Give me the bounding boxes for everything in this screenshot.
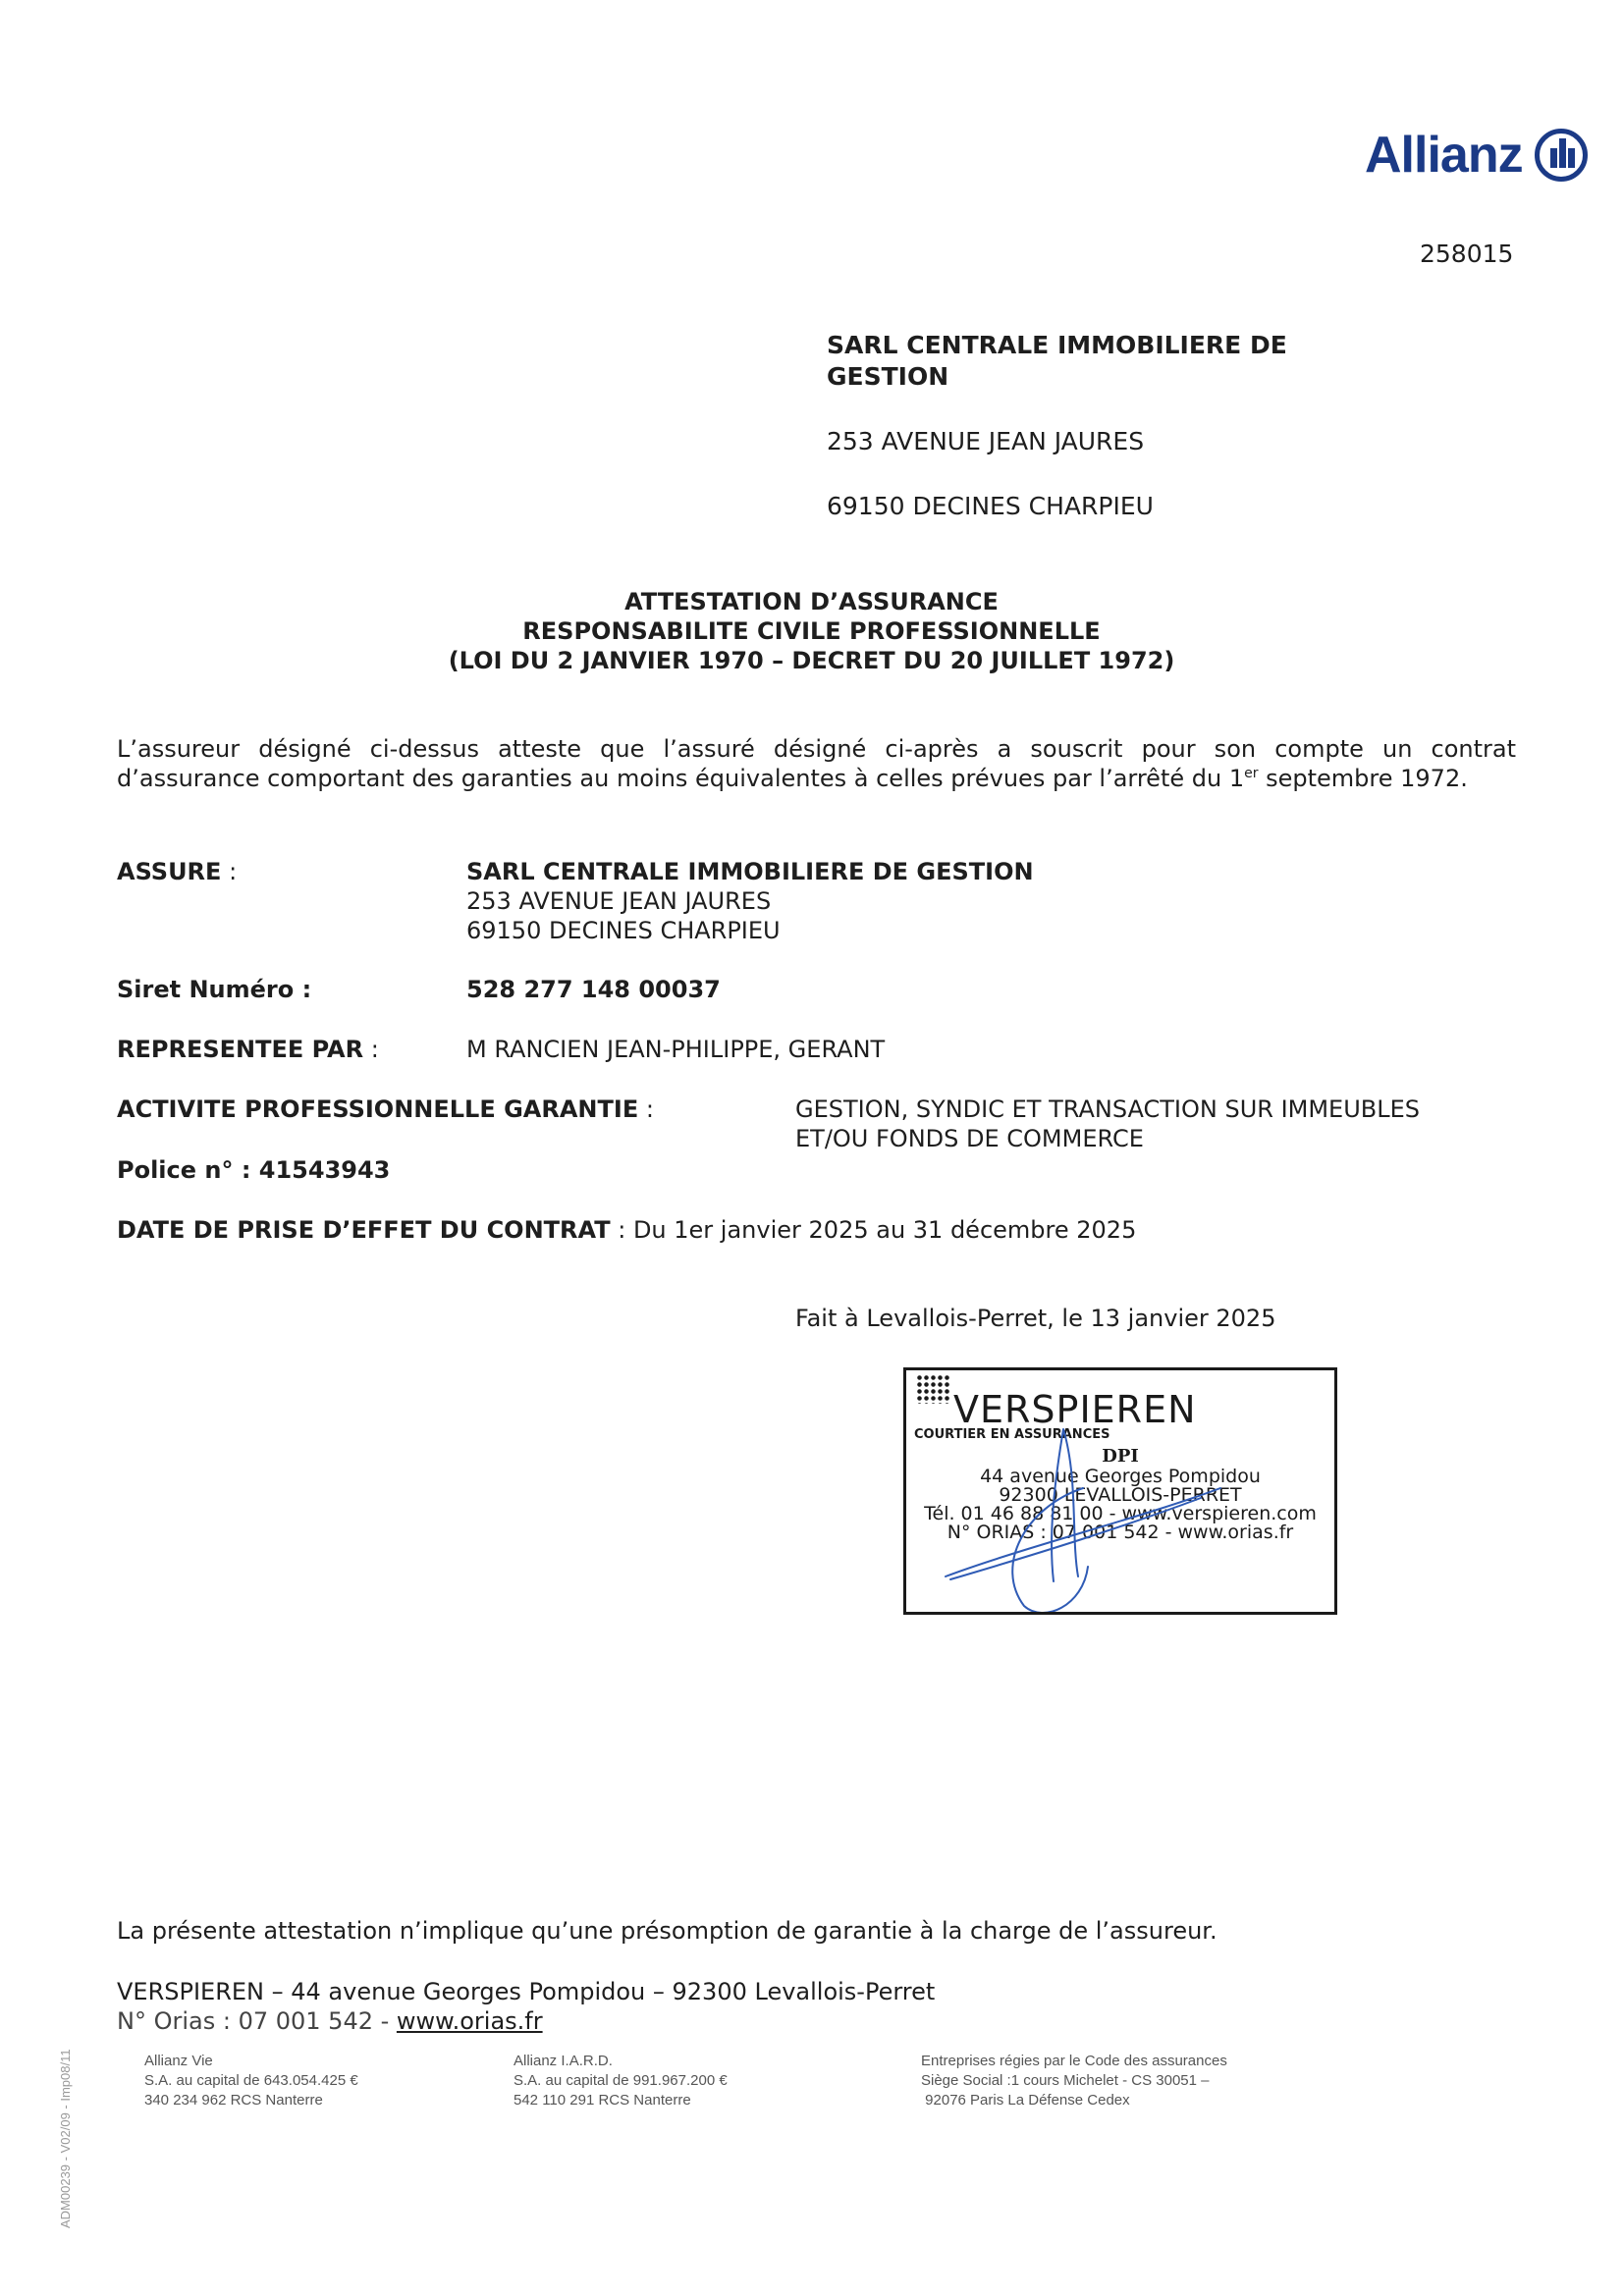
assure-city: 69150 DECINES CHARPIEU (466, 916, 781, 945)
legal-line: 542 110 291 RCS Nanterre (514, 2091, 728, 2110)
reference-number: 258015 (1420, 240, 1513, 268)
legal-line: S.A. au capital de 991.967.200 € (514, 2071, 728, 2091)
activite-value-line1: GESTION, SYNDIC ET TRANSACTION SUR IMMEU… (795, 1095, 1420, 1124)
document-title: ATTESTATION D’ASSURANCE RESPONSABILITE C… (0, 587, 1623, 675)
broker-stamp: VERSPIEREN COURTIER EN ASSURANCES DPI 44… (903, 1367, 1337, 1615)
recipient-address: SARL CENTRALE IMMOBILIERE DE GESTION 253… (827, 330, 1287, 522)
legal-line: Allianz I.A.R.D. (514, 2052, 728, 2071)
intro-superscript: er (1244, 766, 1258, 781)
assure-name: SARL CENTRALE IMMOBILIERE DE GESTION (466, 857, 1034, 886)
place-date: Fait à Levallois-Perret, le 13 janvier 2… (795, 1304, 1275, 1333)
signature-icon (906, 1370, 1337, 1615)
legal-line: Entreprises régies par le Code des assur… (921, 2052, 1227, 2071)
date-effet-value: Du 1er janvier 2025 au 31 décembre 2025 (633, 1216, 1136, 1244)
allianz-logo: Allianz (1365, 126, 1588, 185)
allianz-eagle-icon (1535, 129, 1588, 182)
intro-line1: L’assureur désigné ci-dessus atteste que… (117, 734, 1516, 764)
siret-label: Siret Numéro : (117, 975, 311, 1004)
broker-address-line: VERSPIEREN – 44 avenue Georges Pompidou … (117, 1977, 935, 2006)
title-line1: ATTESTATION D’ASSURANCE (0, 587, 1623, 616)
representee-value: M RANCIEN JEAN-PHILIPPE, GERANT (466, 1035, 885, 1064)
title-line2: RESPONSABILITE CIVILE PROFESSIONNELLE (0, 616, 1623, 646)
legal-line: 340 234 962 RCS Nanterre (144, 2091, 358, 2110)
recipient-name-line2: GESTION (827, 361, 1287, 393)
legal-line: Siège Social :1 cours Michelet - CS 3005… (921, 2071, 1227, 2091)
date-effet-sep: : (611, 1216, 633, 1244)
recipient-city: 69150 DECINES CHARPIEU (827, 491, 1287, 522)
legal-allianz-vie: Allianz Vie S.A. au capital de 643.054.4… (144, 2052, 358, 2110)
title-line3: (LOI DU 2 JANVIER 1970 – DECRET DU 20 JU… (0, 646, 1623, 675)
footer-disclaimer: La présente attestation n’implique qu’un… (117, 1916, 1217, 1946)
assure-address: 253 AVENUE JEAN JAURES (466, 886, 771, 916)
activite-label-sep: : (638, 1095, 654, 1123)
legal-allianz-iard: Allianz I.A.R.D. S.A. au capital de 991.… (514, 2052, 728, 2110)
intro-line2: d’assurance comportant des garanties au … (117, 764, 1516, 793)
activite-label: ACTIVITE PROFESSIONNELLE GARANTIE : (117, 1095, 654, 1124)
representee-label-text: REPRESENTEE PAR (117, 1036, 363, 1063)
assure-label: ASSURE : (117, 857, 237, 886)
document-code: ADM00239 - V02/09 - Imp08/11 (58, 2049, 73, 2228)
logo-text: Allianz (1365, 126, 1523, 185)
intro-paragraph: L’assureur désigné ci-dessus atteste que… (117, 734, 1516, 793)
orias-link[interactable]: www.orias.fr (397, 2007, 543, 2035)
representee-label-sep: : (363, 1036, 379, 1063)
date-effet-label: DATE DE PRISE D’EFFET DU CONTRAT (117, 1216, 611, 1244)
police-number: Police n° : 41543943 (117, 1155, 390, 1185)
orias-line: N° Orias : 07 001 542 - www.orias.fr (117, 2006, 543, 2036)
legal-line: S.A. au capital de 643.054.425 € (144, 2071, 358, 2091)
activite-value-line2: ET/OU FONDS DE COMMERCE (795, 1124, 1144, 1153)
assure-label-text: ASSURE (117, 858, 221, 885)
recipient-street: 253 AVENUE JEAN JAURES (827, 426, 1287, 457)
recipient-name-line1: SARL CENTRALE IMMOBILIERE DE (827, 330, 1287, 361)
date-effet: DATE DE PRISE D’EFFET DU CONTRAT : Du 1e… (117, 1215, 1136, 1245)
siret-value: 528 277 148 00037 (466, 975, 721, 1004)
legal-line: Allianz Vie (144, 2052, 358, 2071)
legal-line: 92076 Paris La Défense Cedex (921, 2091, 1227, 2110)
representee-label: REPRESENTEE PAR : (117, 1035, 379, 1064)
intro-line2-end: septembre 1972. (1258, 765, 1467, 792)
activite-label-text: ACTIVITE PROFESSIONNELLE GARANTIE (117, 1095, 638, 1123)
legal-code-assurances: Entreprises régies par le Code des assur… (921, 2052, 1227, 2110)
orias-prefix: N° Orias : 07 001 542 - (117, 2007, 397, 2035)
intro-line2-text: d’assurance comportant des garanties au … (117, 765, 1244, 792)
assure-label-sep: : (221, 858, 237, 885)
